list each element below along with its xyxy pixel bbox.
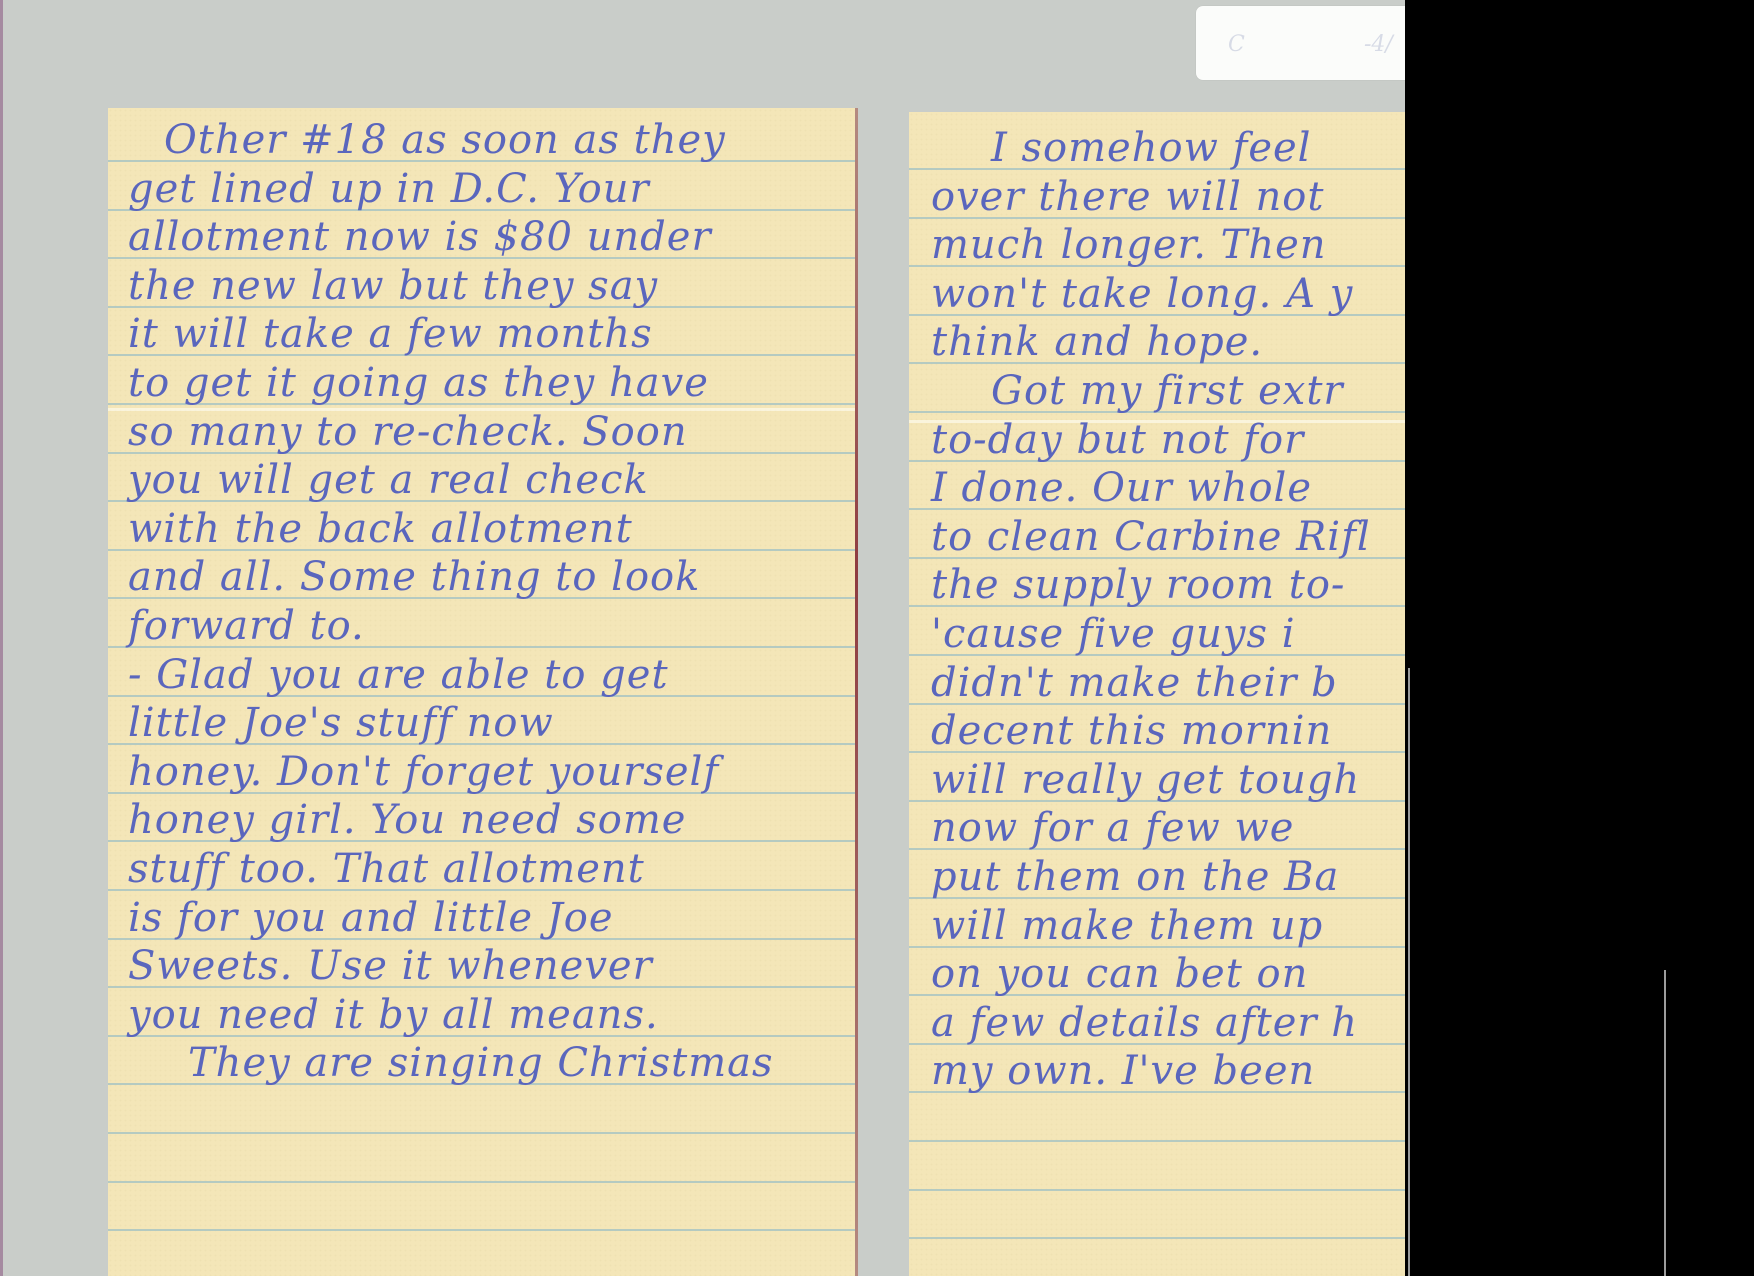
- handwritten-line: - Glad you are able to get: [128, 655, 669, 695]
- handwritten-line: won't take long. A y: [931, 274, 1353, 314]
- mask-edge-line: [1408, 668, 1410, 1276]
- handwritten-line: a few details after h: [931, 1003, 1358, 1043]
- mask-edge-line: [1664, 970, 1666, 1276]
- handwritten-line: my own. I've been: [931, 1051, 1315, 1091]
- ruled-line: [909, 1140, 1405, 1142]
- handwritten-line: to-day but not for: [931, 420, 1304, 460]
- handwritten-line: will really get tough: [931, 760, 1360, 800]
- ruled-line: [108, 1181, 858, 1183]
- handwritten-line: on you can bet on: [931, 954, 1308, 994]
- label-faint-text-right: -4/: [1364, 32, 1393, 57]
- handwritten-line: to clean Carbine Rifl: [931, 517, 1371, 557]
- handwritten-line: allotment now is $80 under: [128, 217, 712, 257]
- handwritten-line: I done. Our whole: [931, 468, 1312, 508]
- archive-label-card: C -4/: [1196, 6, 1416, 80]
- handwritten-line: They are singing Christmas: [188, 1043, 774, 1083]
- handwritten-line: honey. Don't forget yourself: [128, 752, 719, 792]
- handwritten-line: Sweets. Use it whenever: [128, 946, 653, 986]
- handwritten-line: to get it going as they have: [128, 363, 709, 403]
- handwritten-line: the new law but they say: [128, 266, 658, 306]
- ruled-line: [909, 1237, 1405, 1239]
- handwritten-line: Other #18 as soon as they: [164, 120, 726, 160]
- handwritten-line: much longer. Then: [931, 225, 1327, 265]
- handwritten-line: forward to.: [128, 606, 365, 646]
- handwritten-line: you will get a real check: [128, 460, 649, 500]
- handwritten-line: little Joe's stuff now: [128, 703, 554, 743]
- handwritten-line: 'cause five guys i: [931, 614, 1296, 654]
- handwritten-line: the supply room to-: [931, 565, 1345, 605]
- label-faint-text-left: C: [1228, 32, 1245, 57]
- redaction-mask: [1405, 0, 1754, 1276]
- handwritten-line: honey girl. You need some: [128, 800, 686, 840]
- ruled-line: [108, 1229, 858, 1231]
- handwritten-line: think and hope.: [931, 322, 1263, 362]
- handwritten-line: will make them up: [931, 906, 1323, 946]
- handwritten-line: over there will not: [931, 177, 1324, 217]
- ruled-line: [108, 1132, 858, 1134]
- handwritten-line: decent this mornin: [931, 711, 1332, 751]
- handwritten-line: I somehow feel: [991, 128, 1311, 168]
- handwritten-line: it will take a few months: [128, 314, 653, 354]
- handwritten-line: now for a few we: [931, 808, 1294, 848]
- handwritten-line: didn't make their b: [931, 663, 1338, 703]
- handwritten-line: is for you and little Joe: [128, 898, 614, 938]
- ruled-line: [909, 1189, 1405, 1191]
- scan-edge-tint: [0, 0, 3, 1276]
- handwritten-line: so many to re-check. Soon: [128, 412, 688, 452]
- letter-page-left: Other #18 as soon as theyget lined up in…: [108, 108, 858, 1276]
- handwritten-line: with the back allotment: [128, 509, 633, 549]
- handwritten-line: Got my first extr: [991, 371, 1344, 411]
- handwritten-line: stuff too. That allotment: [128, 849, 645, 889]
- handwritten-line: and all. Some thing to look: [128, 557, 700, 597]
- letter-page-right: I somehow feelover there will notmuch lo…: [909, 112, 1405, 1276]
- handwritten-line: you need it by all means.: [128, 995, 659, 1035]
- handwritten-line: put them on the Ba: [931, 857, 1339, 897]
- handwritten-line: get lined up in D.C. Your: [128, 169, 650, 209]
